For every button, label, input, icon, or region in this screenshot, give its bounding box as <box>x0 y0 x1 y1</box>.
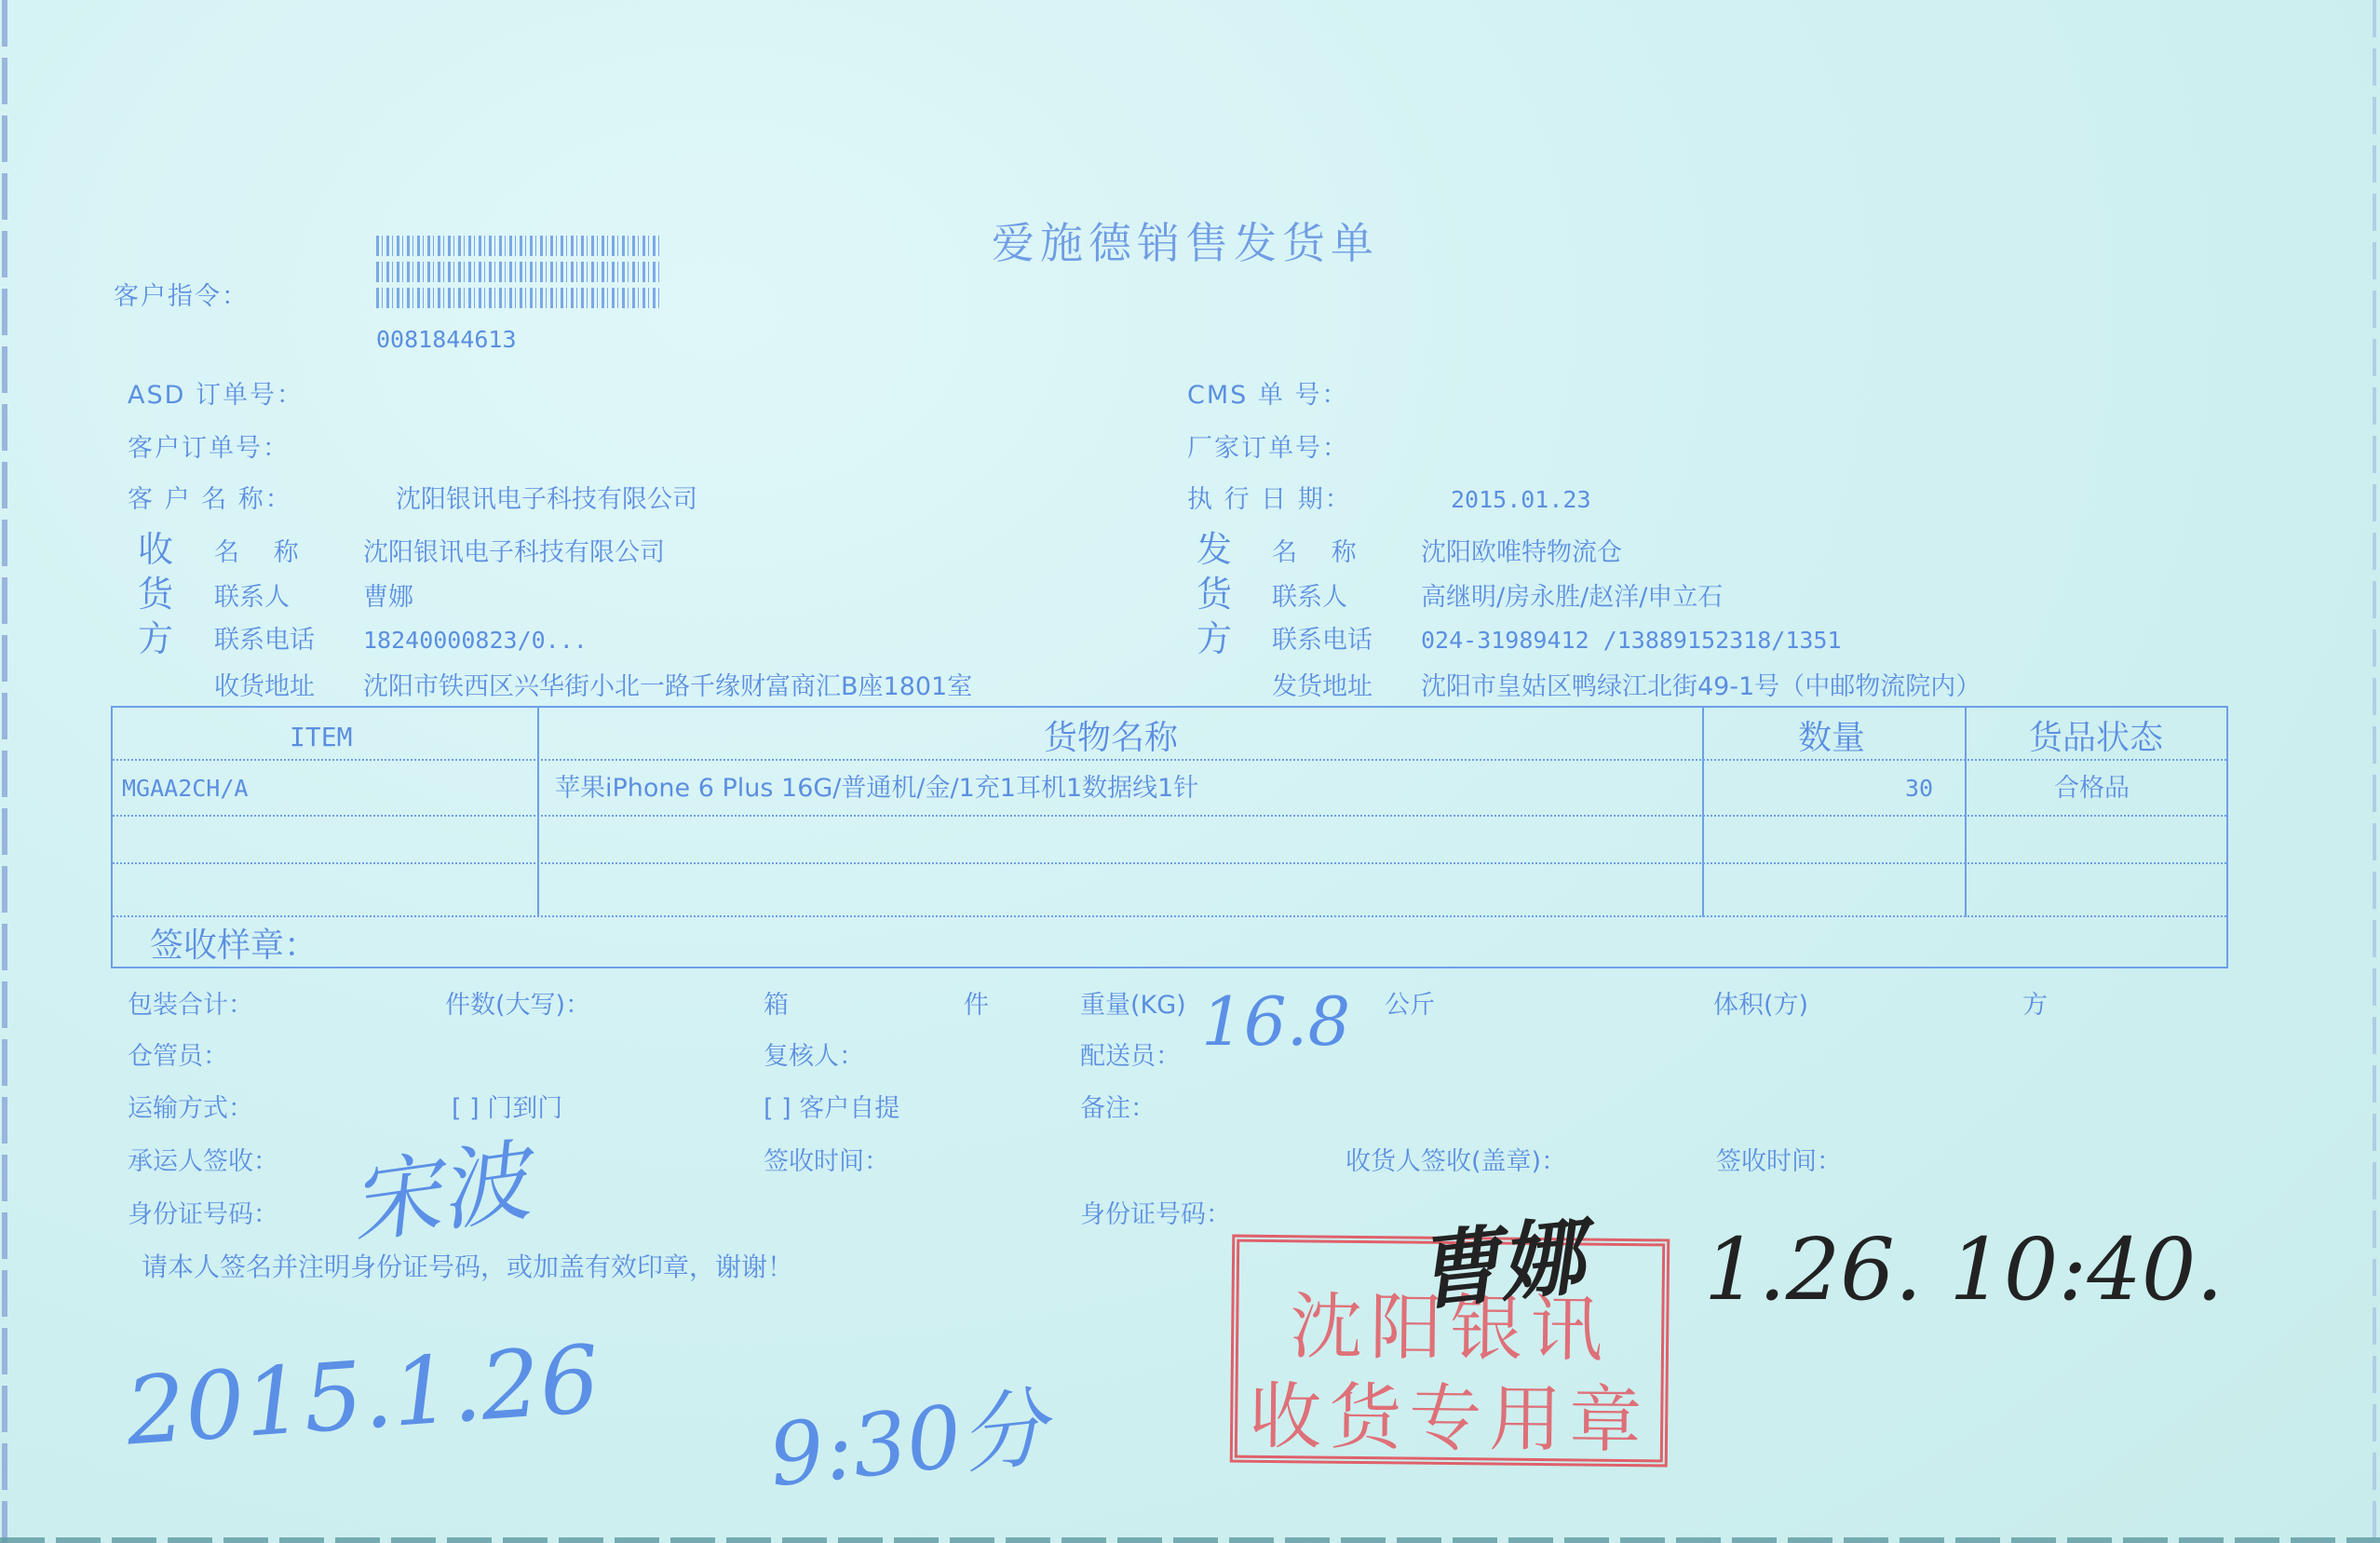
sender-side-char-1: 发 <box>1197 532 1232 567</box>
perforation-left <box>2 0 7 1543</box>
receiver-side-char-2: 货 <box>138 576 173 612</box>
receiver-side-char-3: 方 <box>138 621 173 656</box>
signature-notice: 请本人签名并注明身份证号码，或加盖有效印章，谢谢！ <box>142 1254 793 1280</box>
receiver-address-label: 收货地址 <box>214 674 315 699</box>
table-col-divider <box>1702 708 1704 917</box>
receiver-address: 沈阳市铁西区兴华街小北一路千缘财富商汇B座1801室 <box>363 674 972 699</box>
warehouse-keeper-label: 仓管员： <box>128 1044 228 1069</box>
sender-side-char-2: 货 <box>1197 576 1232 612</box>
sender-address-label: 发货地址 <box>1272 674 1373 699</box>
volume-unit: 方 <box>2022 993 2048 1018</box>
perforation-right <box>2373 0 2376 1543</box>
table-col-divider <box>537 708 539 917</box>
stamp-line-2: 收货专用章 <box>1237 1359 1661 1468</box>
column-header-status: 货品状态 <box>2029 722 2163 755</box>
remarks-label: 备注： <box>1080 1096 1156 1121</box>
barcode-icon <box>376 236 660 310</box>
weight-label: 重量(KG) <box>1080 993 1186 1018</box>
factory-order-label: 厂家订单号： <box>1187 436 1349 461</box>
carrier-sign-label: 承运人签收： <box>128 1149 278 1174</box>
receiver-contact: 曹娜 <box>363 585 413 610</box>
receiver-phone: 18240000823/0... <box>363 629 588 652</box>
consignee-signature: 曹娜 <box>1410 1188 1589 1326</box>
column-header-quantity: 数量 <box>1798 722 1865 755</box>
receiver-side-char-1: 收 <box>138 532 173 567</box>
carrier-signature: 宋波 <box>341 1110 535 1261</box>
items-table: ITEM 货物名称 数量 货品状态 MGAA2CH/A 苹果iPhone 6 P… <box>111 706 2228 968</box>
row-quantity: 30 <box>1905 777 1933 800</box>
sender-contact-label: 联系人 <box>1272 585 1347 610</box>
sender-name: 沈阳欧唯特物流仓 <box>1421 540 1622 565</box>
row-status: 合格品 <box>2054 776 2130 801</box>
sender-phone-label: 联系电话 <box>1272 628 1373 653</box>
transport-method-label: 运输方式： <box>128 1096 253 1121</box>
sender-contact: 高继明/房永胜/赵洋/申立石 <box>1421 585 1723 610</box>
row-goods-name: 苹果iPhone 6 Plus 16G/普通机/金/1充1耳机1数据线1针 <box>555 776 1198 801</box>
column-header-item: ITEM <box>290 724 352 751</box>
receiver-contact-label: 联系人 <box>214 585 290 610</box>
sign-time-left-label: 签收时间： <box>764 1149 889 1174</box>
customer-name-value: 沈阳银讯电子科技有限公司 <box>396 487 697 512</box>
document-title: 爱施德销售发货单 <box>992 210 1379 271</box>
id-number-left-label: 身份证号码： <box>128 1202 278 1227</box>
customer-name-label: 客 户 名 称： <box>128 487 292 512</box>
column-header-goods-name: 货物名称 <box>1044 722 1178 755</box>
perforation-bottom <box>0 1537 2380 1543</box>
row-item-code: MGAA2CH/A <box>122 777 248 800</box>
option-customer-pickup[interactable]: [ ] 客户自提 <box>764 1096 899 1121</box>
deliverer-label: 配送员： <box>1080 1044 1181 1069</box>
cms-no-label: CMS 单 号： <box>1187 383 1348 408</box>
pieces-caps-label: 件数(大写)： <box>445 993 590 1018</box>
receiver-phone-label: 联系电话 <box>214 628 315 653</box>
weight-unit: 公斤 <box>1385 993 1435 1018</box>
asd-order-label: ASD 订单号： <box>128 383 304 408</box>
sign-time-right-label: 签收时间： <box>1716 1149 1842 1174</box>
sign-sample-label: 签收样章： <box>150 929 318 963</box>
table-divider <box>113 862 2226 864</box>
id-number-right-label: 身份证号码： <box>1080 1202 1231 1227</box>
package-total-label: 包装合计： <box>128 993 253 1018</box>
exec-date-label: 执 行 日 期： <box>1187 487 1352 512</box>
receiver-name-label: 名 称 <box>214 540 312 565</box>
table-divider <box>113 759 2226 761</box>
table-divider <box>113 915 2226 917</box>
table-divider <box>113 815 2226 817</box>
table-col-divider <box>1965 708 1967 917</box>
consignee-sign-time: 1.26. 10:40. <box>1704 1220 2224 1320</box>
reviewer-label: 复核人： <box>764 1044 864 1069</box>
piece-unit: 件 <box>964 993 989 1018</box>
customer-instruction-number: 0081844613 <box>376 328 517 351</box>
customer-instruction-label: 客户指令： <box>114 284 249 309</box>
sender-name-label: 名 称 <box>1272 540 1370 565</box>
volume-label: 体积(方) <box>1713 993 1808 1018</box>
box-unit: 箱 <box>764 993 789 1018</box>
sender-phone: 024-31989412 /13889152318/1351 <box>1421 629 1842 652</box>
receiver-name: 沈阳银讯电子科技有限公司 <box>363 540 665 565</box>
exec-date-value: 2015.01.23 <box>1451 488 1591 511</box>
consignee-sign-label: 收货人签收(盖章)： <box>1346 1149 1566 1174</box>
weight-handwritten: 16.8 <box>1201 982 1350 1061</box>
sender-address: 沈阳市皇姑区鸭绿江北街49-1号（中邮物流院内） <box>1421 674 1981 699</box>
customer-order-label: 客户订单号： <box>128 436 290 461</box>
sender-side-char-3: 方 <box>1197 621 1232 656</box>
